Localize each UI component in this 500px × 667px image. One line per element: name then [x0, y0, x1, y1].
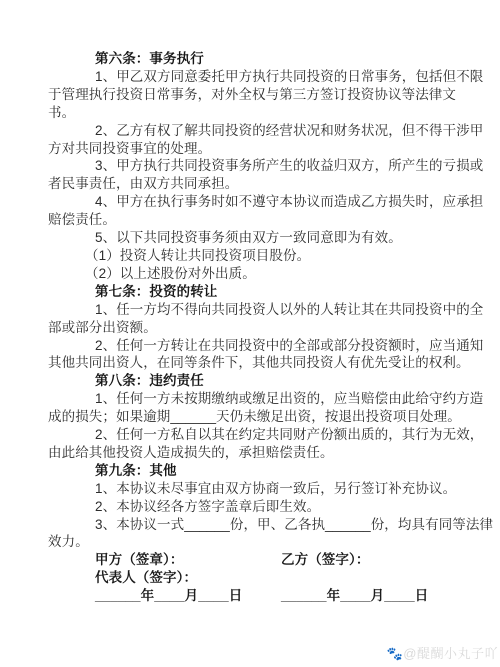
doc-line: 1、任何一方未按期缴纳或缴足出资的，应当赔偿由此给守约方造: [48, 390, 466, 408]
signature-left-label: 甲方（签章）：: [95, 551, 281, 569]
doc-line: 1、甲乙双方同意委托甲方执行共同投资的日常事务，包括但不限: [48, 68, 466, 86]
doc-line: 5、以下共同投资事务须由双方一致同意即为有效。: [48, 229, 466, 247]
signature-row: 甲方（签章）：乙方（签字）：: [48, 551, 466, 569]
doc-line: 成的损失；如果逾期______天仍未缴足出资，按退出投资项目处理。: [48, 408, 466, 426]
document-body: 第六条：事务执行1、甲乙双方同意委托甲方执行共同投资的日常事务，包括但不限于管理…: [48, 50, 466, 605]
doc-line: 赔偿责任。: [48, 211, 466, 229]
doc-line: 者民事责任，由双方共同承担。: [48, 175, 466, 193]
doc-line: 书。: [48, 104, 466, 122]
signature-block: 甲方（签章）：乙方（签字）：代表人（签字）：______年____月____日_…: [48, 551, 466, 605]
doc-line: 2、任何一方转让在共同投资中的全部或部分投资额时，应当通知: [48, 337, 466, 355]
section-heading: 第九条：其他: [48, 462, 466, 480]
doc-line: 效力。: [48, 533, 466, 551]
doc-line: 部或部分出资额。: [48, 319, 466, 337]
signature-row: ______年____月____日______年____月____日: [48, 587, 466, 605]
signature-row: 代表人（签字）：: [48, 569, 466, 587]
doc-line: 4、甲方在执行事务时如不遵守本协议而造成乙方损失时，应承担: [48, 193, 466, 211]
doc-line: 3、本协议一式______份，甲、乙各执______份，均具有同等法律: [48, 516, 466, 534]
doc-line: 1、本协议未尽事宜由双方协商一致后，另行签订补充协议。: [48, 480, 466, 498]
doc-line: （2）以上述股份对外出质。: [48, 265, 466, 283]
doc-line: 3、甲方执行共同投资事务所产生的收益归双方，所产生的亏损或: [48, 157, 466, 175]
doc-line: 2、本协议经各方签字盖章后即生效。: [48, 498, 466, 516]
signature-left-label: 代表人（签字）：: [95, 569, 281, 587]
section-heading: 第七条：投资的转让: [48, 283, 466, 301]
doc-line: 1、任一方均不得向共同投资人以外的人转让其在共同投资中的全: [48, 301, 466, 319]
doc-line: （1）投资人转让共同投资项目股份。: [48, 247, 466, 265]
doc-line: 其他共同出资人，在同等条件下，其他共同投资人有优先受让的权利。: [48, 354, 466, 372]
signature-right-label: ______年____月____日: [281, 587, 428, 605]
signature-right-label: 乙方（签字）：: [281, 551, 369, 569]
doc-line: 2、任何一方私自以其在约定共同财产份额出质的，其行为无效，: [48, 426, 466, 444]
section-heading: 第六条：事务执行: [48, 50, 466, 68]
watermark: 🐾@醍醐小丸子吖: [387, 643, 498, 662]
contract-document-page: 第六条：事务执行1、甲乙双方同意委托甲方执行共同投资的日常事务，包括但不限于管理…: [0, 0, 500, 667]
doc-line: 于管理执行投资日常事务，对外全权与第三方签订投资协议等法律文: [48, 86, 466, 104]
doc-line: 方对共同投资事宜的处理。: [48, 140, 466, 158]
section-heading: 第八条：违约责任: [48, 372, 466, 390]
signature-left-label: ______年____月____日: [95, 587, 281, 605]
doc-line: 2、乙方有权了解共同投资的经营状况和财务状况，但不得干涉甲: [48, 122, 466, 140]
doc-line: 由此给其他投资人造成损失的，承担赔偿责任。: [48, 444, 466, 462]
